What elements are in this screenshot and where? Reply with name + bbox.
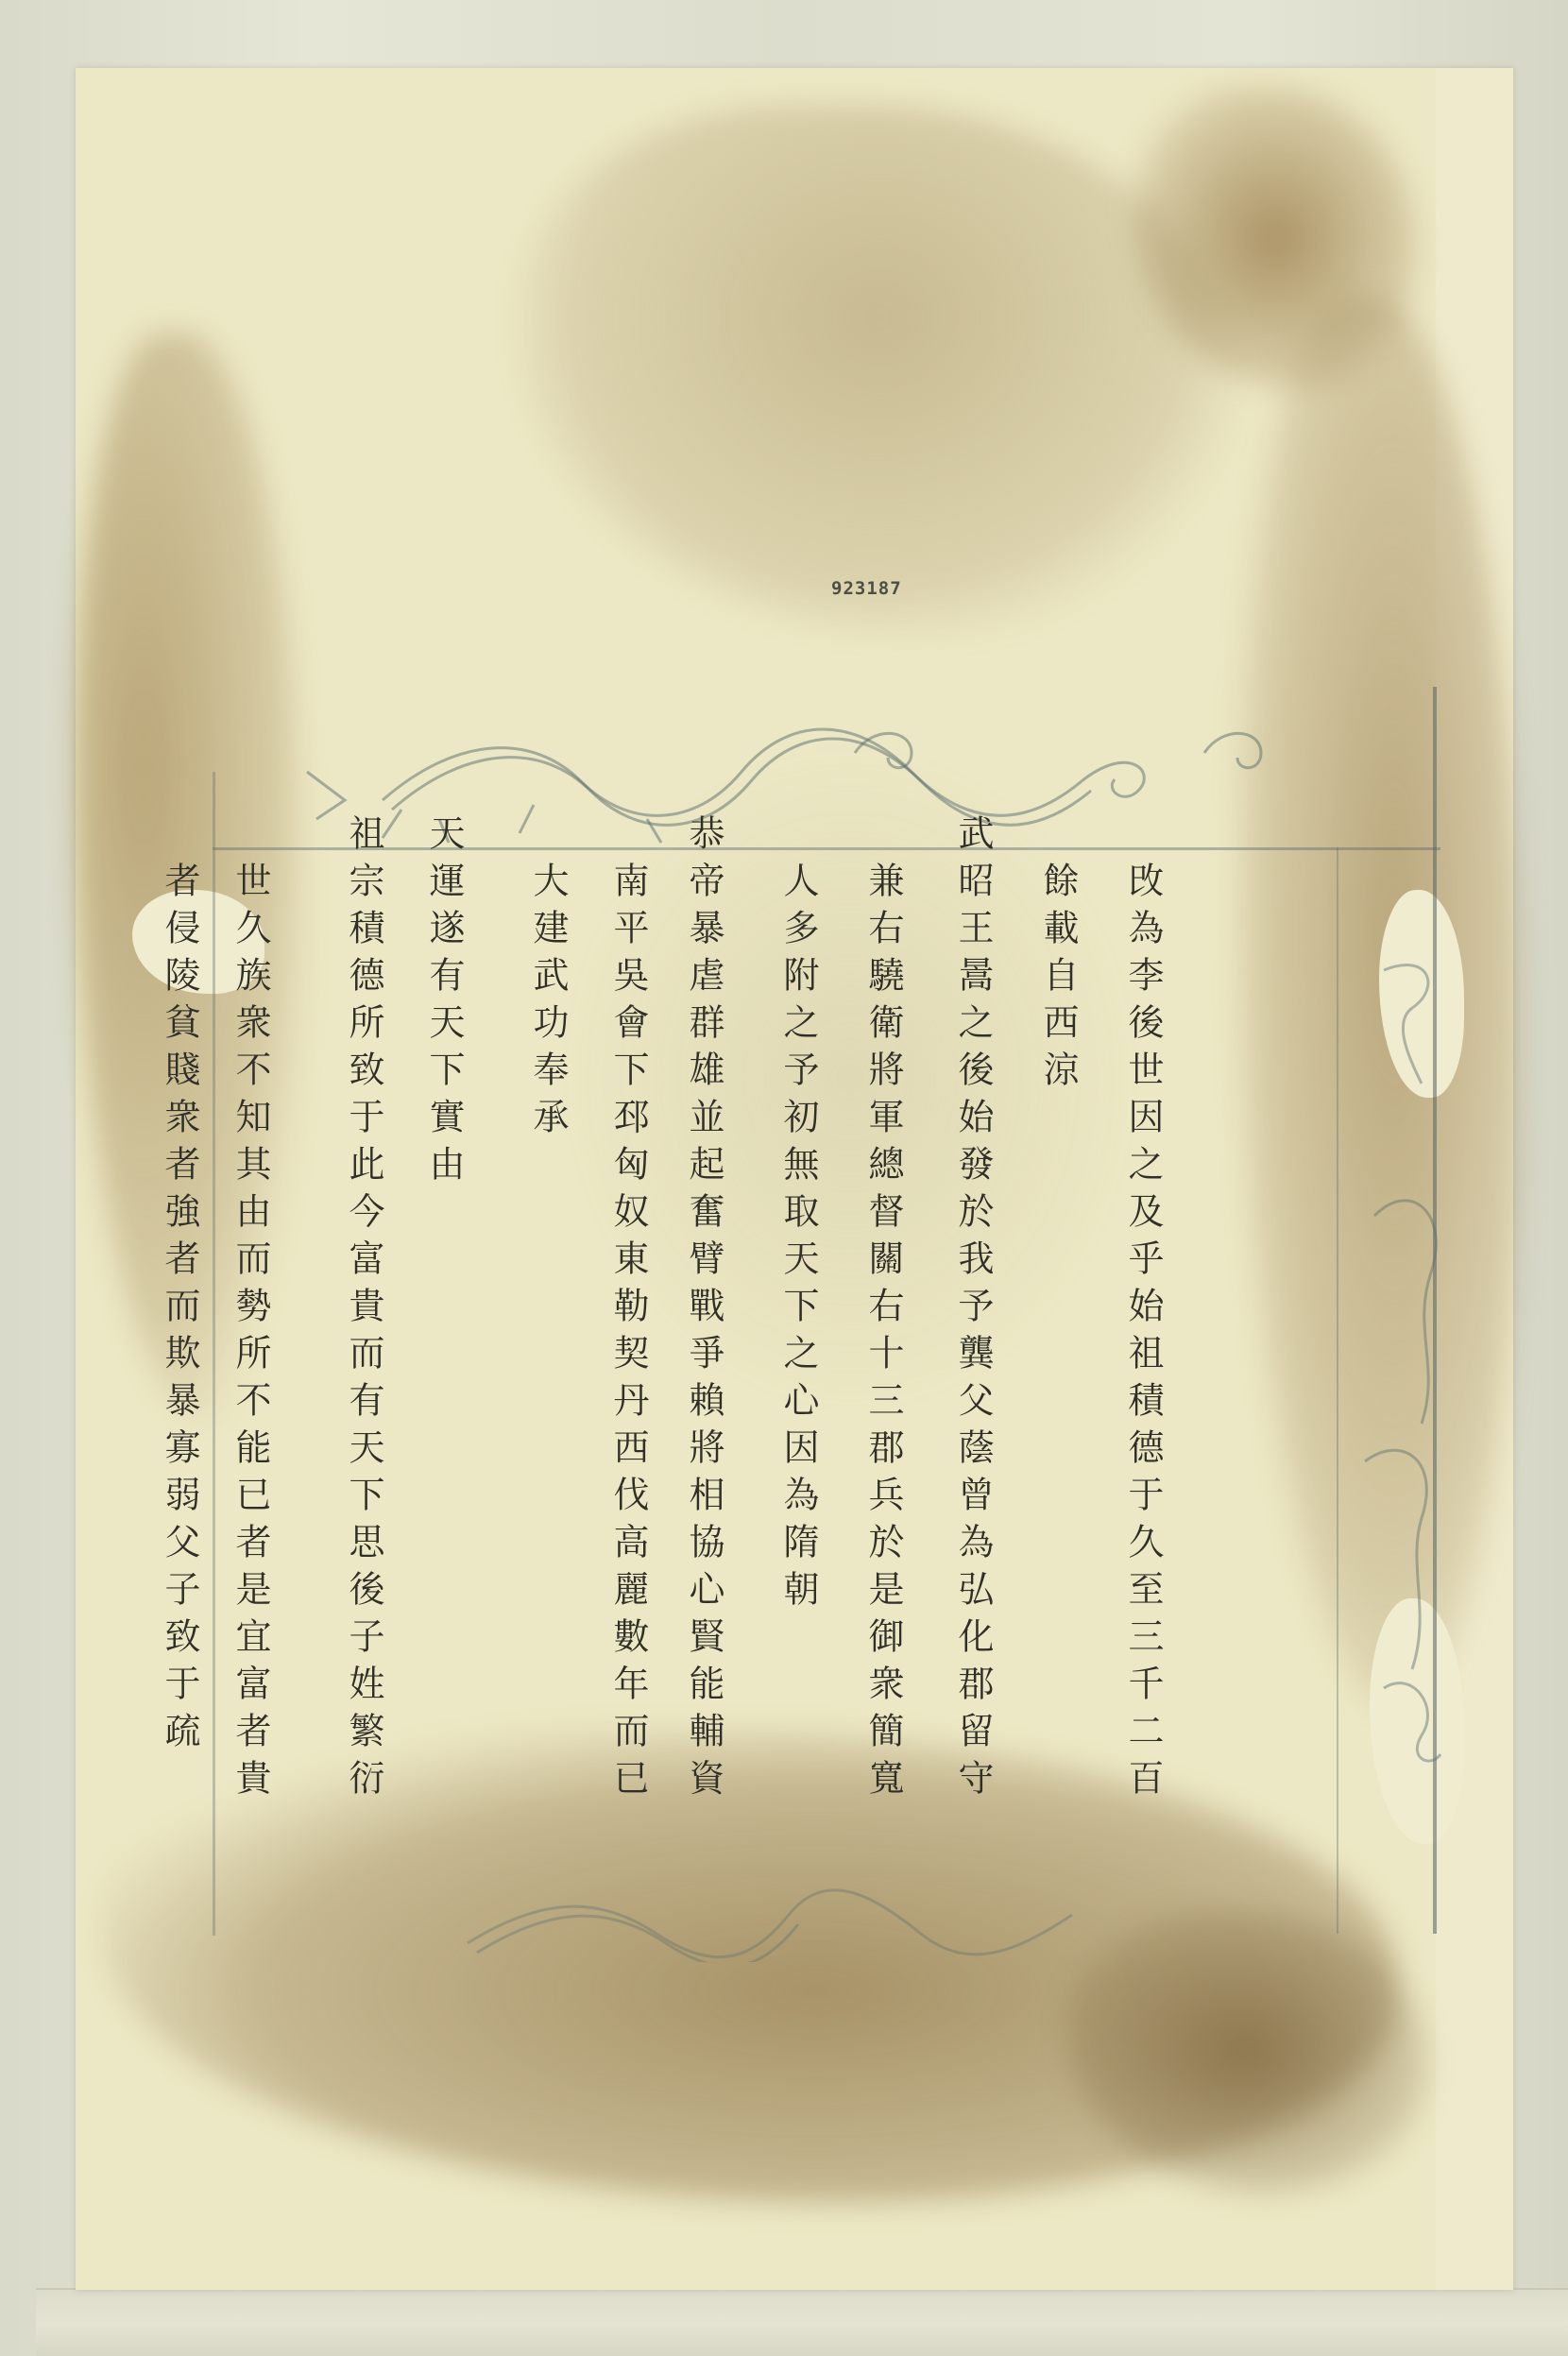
text-column-4: 兼右驍衛將軍總督關右十三郡兵於是御衆簡寬 — [855, 862, 912, 1806]
text-column-7: 南平吳會下邳匈奴東勒契丹西伐高麗數年而已 — [600, 862, 656, 1806]
text-column-11: 世久族衆不知其由而勢所不能已者是宜富者貴 — [222, 862, 279, 1806]
dragon-scroll-bottom-icon — [449, 1887, 1110, 1962]
catalog-number: 923187 — [831, 578, 902, 599]
scroll-mount-bottom — [36, 2288, 1568, 2356]
frame-left-rule — [213, 772, 215, 1936]
text-column-5: 人多附之予初無取天下之心因為隋朝 — [770, 862, 827, 1617]
top-water-stain — [520, 106, 1237, 635]
text-column-3: 武昭王暠之後始發於我予龔父蔭曾為弘化郡留守 — [945, 814, 1001, 1806]
text-column-6: 恭帝暴虐群雄並起奮臂戰爭賴將相協心賢能輔資 — [675, 814, 732, 1806]
frame-inner-right-rule — [1337, 847, 1338, 1934]
text-column-9: 天運遂有天下實由 — [416, 814, 472, 1192]
manuscript-page: 923187 — [76, 68, 1513, 2290]
text-column-1: 攺為李後世因之及乎始祖積德于久至三千二百 — [1115, 862, 1171, 1806]
text-column-2: 餘載自西涼 — [1030, 862, 1086, 1098]
text-column-10: 祖宗積德所致于此今富貴而有天下思後子姓繁衍 — [335, 814, 392, 1806]
frame-top-rule — [213, 847, 1440, 850]
text-column-8: 大建武功奉承 — [520, 862, 576, 1145]
text-frame — [213, 772, 1440, 1936]
dragon-figure-right-icon — [1355, 932, 1459, 1783]
text-column-12: 者侵陵貧賤衆者強者而欺暴寡弱父子致于疏 — [151, 862, 208, 1759]
